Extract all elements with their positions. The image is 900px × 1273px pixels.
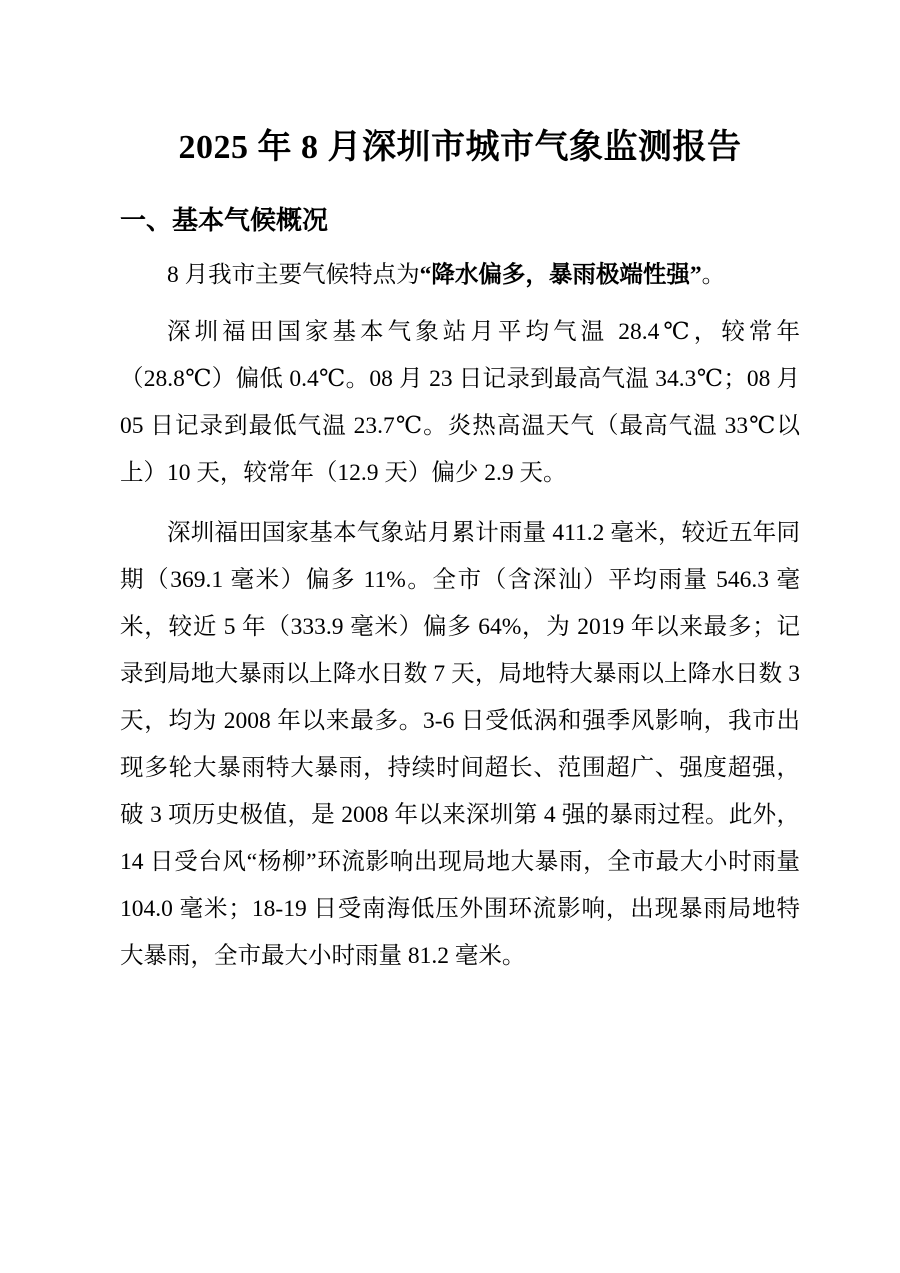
document-title: 2025 年 8 月深圳市城市气象监测报告 — [120, 0, 800, 169]
paragraph-rainfall-summary: 深圳福田国家基本气象站月累计雨量 411.2 毫米，较近五年同期（369.1 毫… — [120, 510, 800, 980]
climate-features-emphasis: “降水偏多，暴雨极端性强” — [420, 262, 702, 288]
paragraph-climate-features: 8 月我市主要气候特点为“降水偏多，暴雨极端性强”。 — [120, 252, 800, 299]
climate-features-tail: 。 — [702, 262, 726, 288]
document-page: 2025 年 8 月深圳市城市气象监测报告 一、基本气候概况 8 月我市主要气候… — [0, 0, 900, 1273]
document-content: 2025 年 8 月深圳市城市气象监测报告 一、基本气候概况 8 月我市主要气候… — [0, 0, 900, 980]
paragraph-temperature-summary: 深圳福田国家基本气象站月平均气温 28.4℃，较常年（28.8℃）偏低 0.4℃… — [120, 309, 800, 497]
climate-features-lead: 8 月我市主要气候特点为 — [167, 262, 420, 288]
section-heading-basic-climate-overview: 一、基本气候概况 — [120, 205, 800, 235]
